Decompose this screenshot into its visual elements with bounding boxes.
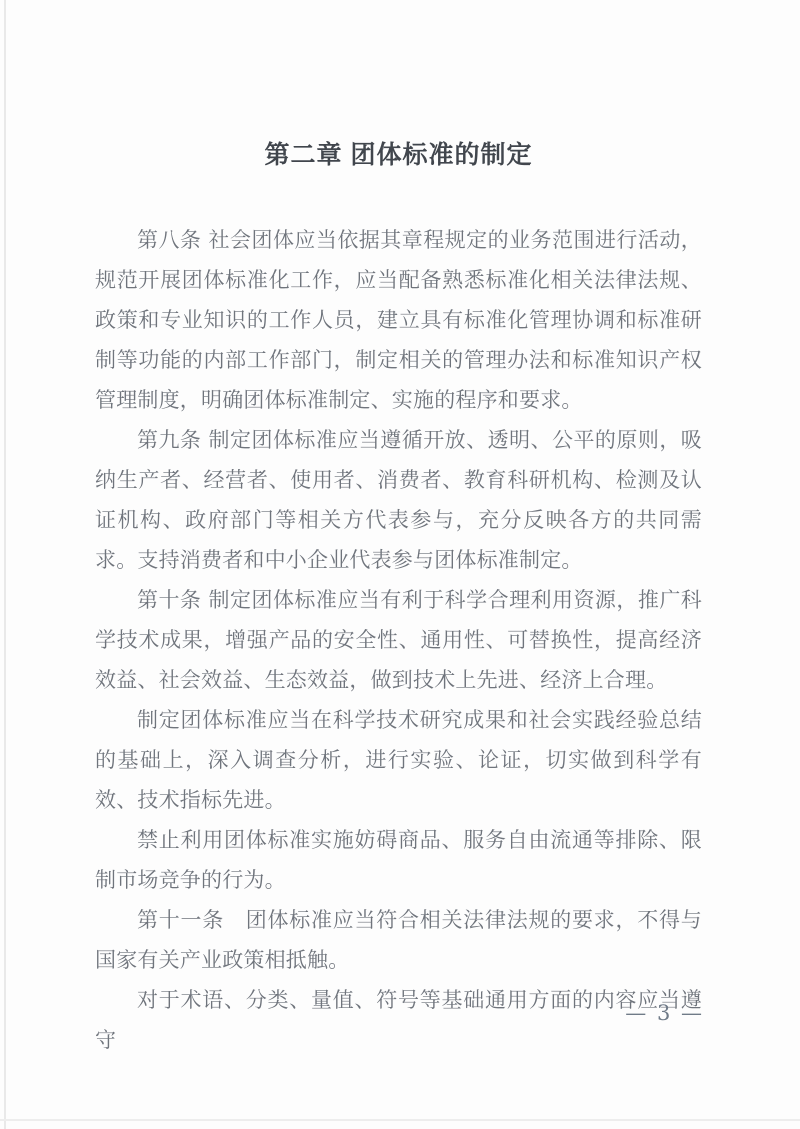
page-number: — 3 — [625,1001,704,1025]
paragraph-article-9: 第九条 制定团体标准应当遵循开放、透明、公平的原则，吸纳生产者、经营者、使用者、… [95,420,702,580]
paragraph-article-11: 第十一条 团体标准应当符合相关法律法规的要求，不得与国家有关产业政策相抵触。 [95,900,702,980]
paragraph-article-11-continued: 对于术语、分类、量值、符号等基础通用方面的内容应当遵守 [95,980,702,1060]
scan-edge-artifact-bottom [0,1119,800,1121]
scanned-document-page: 第二章 团体标准的制定 第八条 社会团体应当依据其章程规定的业务范围进行活动，规… [0,0,800,1129]
scan-edge-artifact-left [4,0,6,1129]
paragraph-article-10-continued-1: 制定团体标准应当在科学技术研究成果和社会实践经验总结的基础上，深入调查分析，进行… [95,700,702,820]
document-content: 第二章 团体标准的制定 第八条 社会团体应当依据其章程规定的业务范围进行活动，规… [95,140,702,1060]
paragraph-article-10-continued-2: 禁止利用团体标准实施妨碍商品、服务自由流通等排除、限制市场竞争的行为。 [95,820,702,900]
paragraph-article-8: 第八条 社会团体应当依据其章程规定的业务范围进行活动，规范开展团体标准化工作，应… [95,220,702,420]
paragraph-article-10: 第十条 制定团体标准应当有利于科学合理利用资源，推广科学技术成果，增强产品的安全… [95,580,702,700]
chapter-title: 第二章 团体标准的制定 [95,140,702,170]
